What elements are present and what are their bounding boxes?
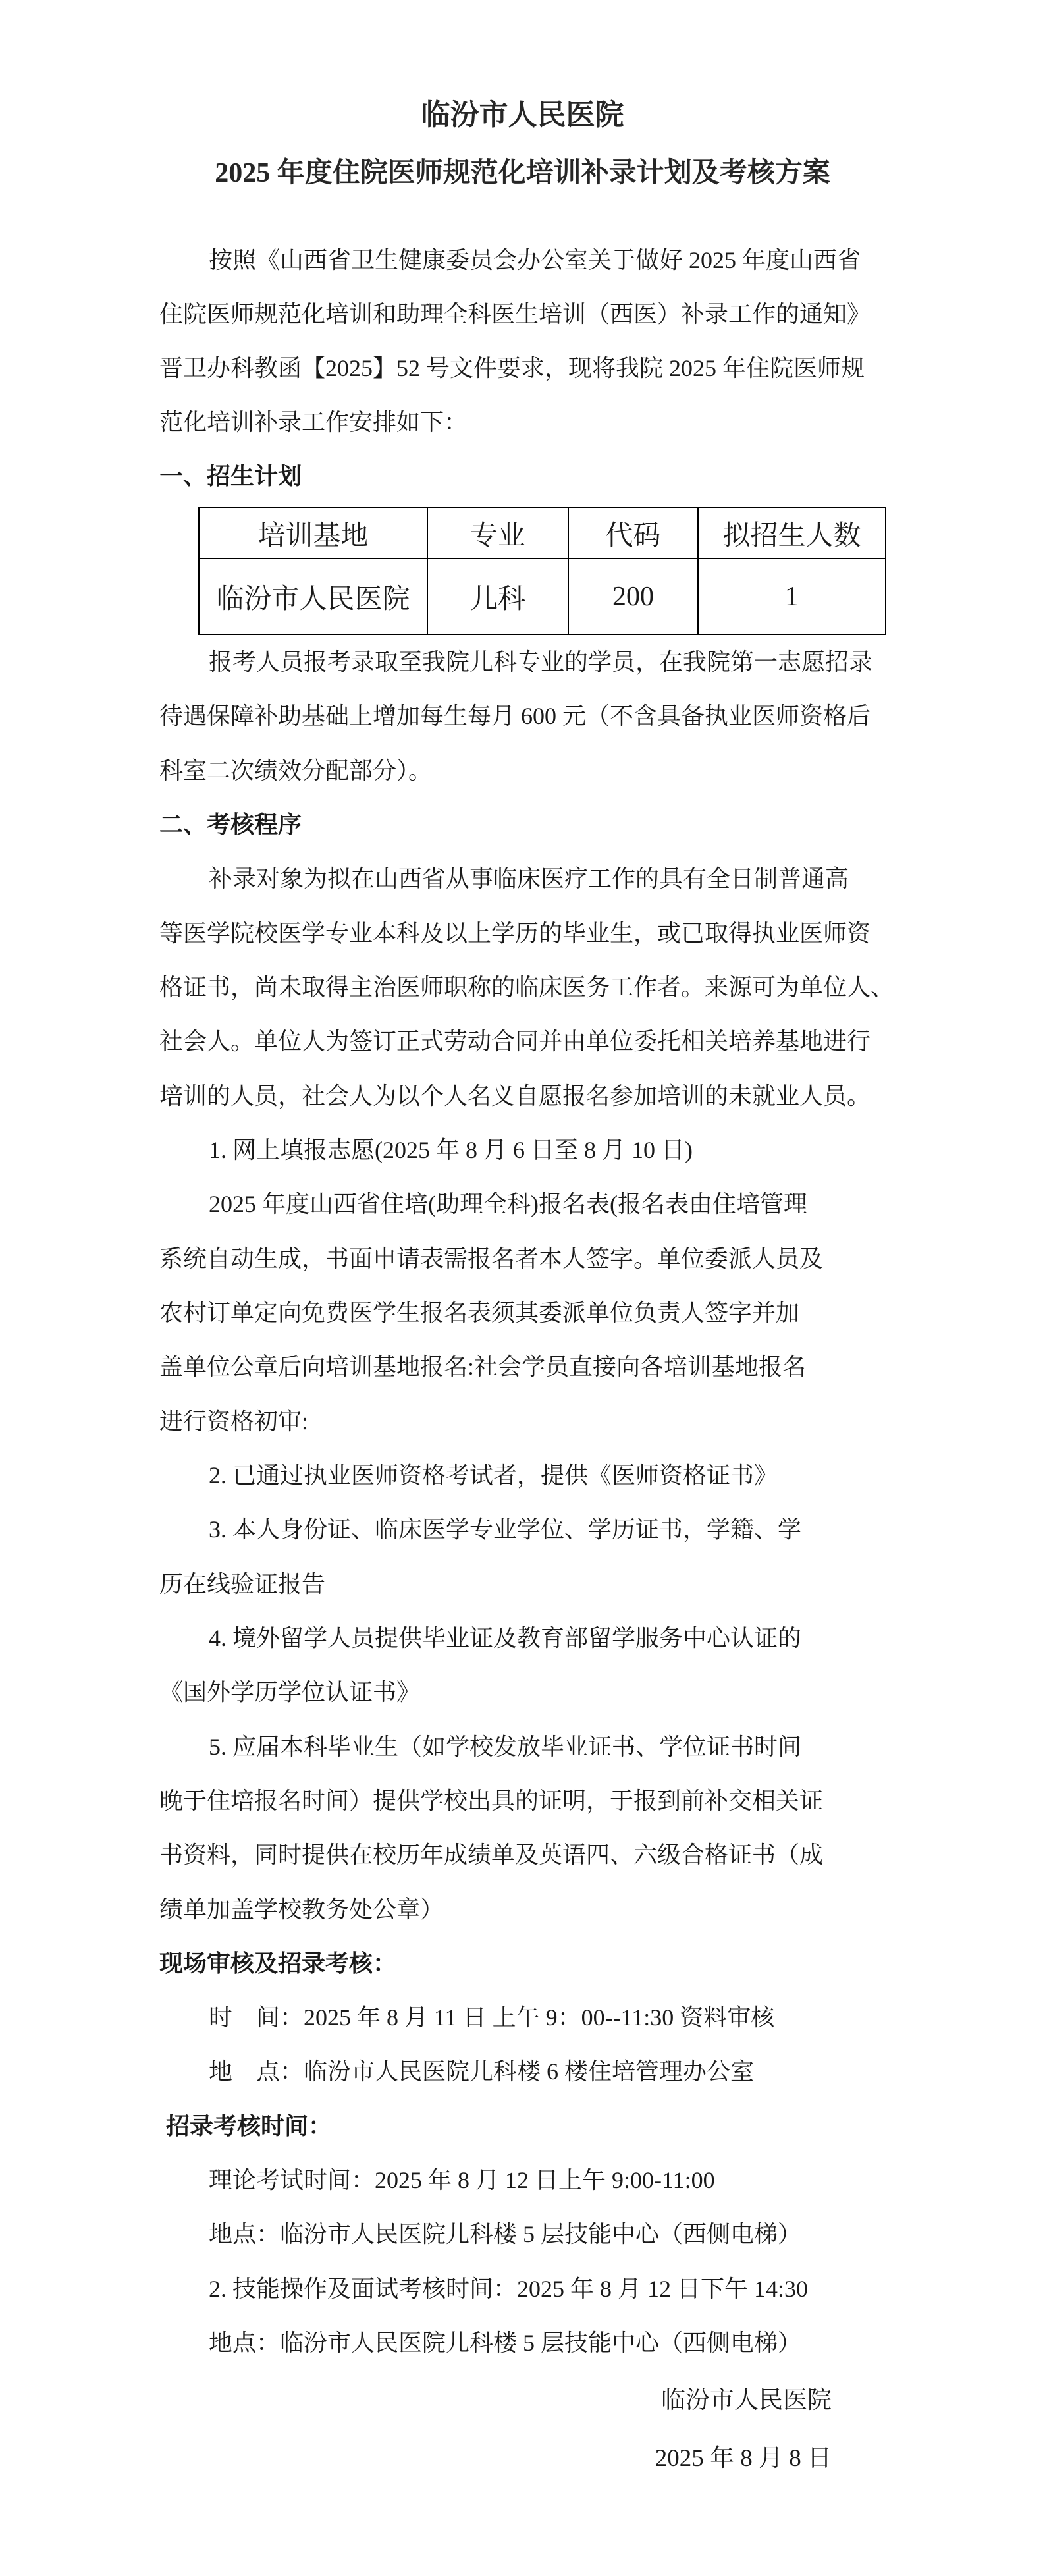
doc-line-item-5: 5. 应届本科毕业生（如学校发放毕业证书、学位证书时间 bbox=[159, 1720, 886, 1774]
doc-line: 格证书，尚未取得主治医师职称的临床医务工作者。来源可为单位人、 bbox=[159, 960, 886, 1014]
doc-line-item-3: 3. 本人身份证、临床医学专业学位、学历证书，学籍、学 bbox=[159, 1502, 886, 1556]
doc-line: 晚于住培报名时间）提供学校出具的证明，于报到前补交相关证 bbox=[159, 1774, 886, 1828]
table-header-quota: 拟招生人数 bbox=[698, 508, 886, 559]
table-cell-quota: 1 bbox=[698, 559, 886, 634]
doc-line: 盖单位公章后向培训基地报名:社会学员直接向各培训基地报名 bbox=[159, 1340, 886, 1394]
table-header-row: 培训基地 专业 代码 拟招生人数 bbox=[199, 508, 886, 559]
doc-line: 范化培训补录工作安排如下： bbox=[159, 395, 886, 449]
signature-org: 临汾市人民医院 bbox=[159, 2374, 886, 2428]
doc-line: 科室二次绩效分配部分）。 bbox=[159, 744, 886, 798]
doc-line: 农村订单定向免费医学生报名表须其委派单位负责人签字并加 bbox=[159, 1286, 886, 1340]
doc-line: 晋卫办科教函【2025】52 号文件要求，现将我院 2025 年住院医师规 bbox=[159, 341, 886, 395]
doc-line: 书资料，同时提供在校历年成绩单及英语四、六级合格证书（成 bbox=[159, 1828, 886, 1882]
doc-line: 历在线验证报告 bbox=[159, 1557, 886, 1611]
doc-line-item-1: 1. 网上填报志愿(2025 年 8 月 6 日至 8 月 10 日) bbox=[159, 1123, 886, 1177]
doc-line-skill-exam-place: 地点：临汾市人民医院儿科楼 5 层技能中心（西侧电梯） bbox=[159, 2316, 886, 2370]
doc-line-item-4: 4. 境外留学人员提供毕业证及教育部留学服务中心认证的 bbox=[159, 1611, 886, 1665]
doc-line: 报考人员报考录取至我院儿科专业的学员，在我院第一志愿招录 bbox=[159, 635, 886, 689]
heading-assessment-procedure: 二、考核程序 bbox=[159, 798, 886, 852]
document-page: 临汾市人民医院 2025 年度住院医师规范化培训补录计划及考核方案 按照《山西省… bbox=[0, 0, 1045, 2576]
signature-date: 2025 年 8 月 8 日 bbox=[159, 2432, 886, 2486]
doc-line-review-time: 时 间：2025 年 8 月 11 日 上午 9：00--11:30 资料审核 bbox=[159, 1990, 886, 2044]
heading-enrollment-plan: 一、招生计划 bbox=[159, 449, 886, 503]
table-cell-major: 儿科 bbox=[427, 559, 568, 634]
table-header-major: 专业 bbox=[427, 508, 568, 559]
doc-line: 补录对象为拟在山西省从事临床医疗工作的具有全日制普通高 bbox=[159, 852, 886, 906]
doc-line: 培训的人员，社会人为以个人名义自愿报名参加培训的未就业人员。 bbox=[159, 1069, 886, 1123]
heading-onsite-review: 现场审核及招录考核： bbox=[159, 1936, 886, 1990]
doc-line: 社会人。单位人为签订正式劳动合同并由单位委托相关培养基地进行 bbox=[159, 1014, 886, 1068]
doc-line: 等医学院校医学专业本科及以上学历的毕业生，或已取得执业医师资 bbox=[159, 906, 886, 960]
table-header-code: 代码 bbox=[568, 508, 698, 559]
doc-line-theory-exam-place: 地点：临汾市人民医院儿科楼 5 层技能中心（西侧电梯） bbox=[159, 2207, 886, 2261]
doc-line: 待遇保障补助基础上增加每生每月 600 元（不含具备执业医师资格后 bbox=[159, 689, 886, 743]
doc-line: 住院医师规范化培训和助理全科医生培训（西医）补录工作的通知》 bbox=[159, 287, 886, 341]
doc-line: 系统自动生成，书面申请表需报名者本人签字。单位委派人员及 bbox=[159, 1232, 886, 1286]
table-row: 临汾市人民医院 儿科 200 1 bbox=[199, 559, 886, 634]
doc-title-line1: 临汾市人民医院 bbox=[0, 99, 1045, 132]
doc-line: 绩单加盖学校教务处公章） bbox=[159, 1882, 886, 1936]
table-header-base: 培训基地 bbox=[199, 508, 427, 559]
doc-title-line2: 2025 年度住院医师规范化培训补录计划及考核方案 bbox=[0, 157, 1045, 190]
table-cell-code: 200 bbox=[568, 559, 698, 634]
doc-line-review-place: 地 点：临汾市人民医院儿科楼 6 楼住培管理办公室 bbox=[159, 2044, 886, 2098]
heading-assessment-time: 招录考核时间： bbox=[159, 2099, 886, 2153]
doc-line-theory-exam-time: 理论考试时间：2025 年 8 月 12 日上午 9:00-11:00 bbox=[159, 2153, 886, 2207]
doc-line: 按照《山西省卫生健康委员会办公室关于做好 2025 年度山西省 bbox=[159, 233, 886, 287]
doc-line-skill-exam-time: 2. 技能操作及面试考核时间：2025 年 8 月 12 日下午 14:30 bbox=[159, 2262, 886, 2316]
doc-line: 《国外学历学位认证书》 bbox=[159, 1665, 886, 1719]
doc-line: 进行资格初审: bbox=[159, 1394, 886, 1448]
table-cell-base: 临汾市人民医院 bbox=[199, 559, 427, 634]
doc-line: 2025 年度山西省住培(助理全科)报名表(报名表由住培管理 bbox=[159, 1177, 886, 1231]
enrollment-table: 培训基地 专业 代码 拟招生人数 临汾市人民医院 儿科 200 1 bbox=[198, 507, 886, 635]
doc-line-item-2: 2. 已通过执业医师资格考试者，提供《医师资格证书》 bbox=[159, 1448, 886, 1502]
